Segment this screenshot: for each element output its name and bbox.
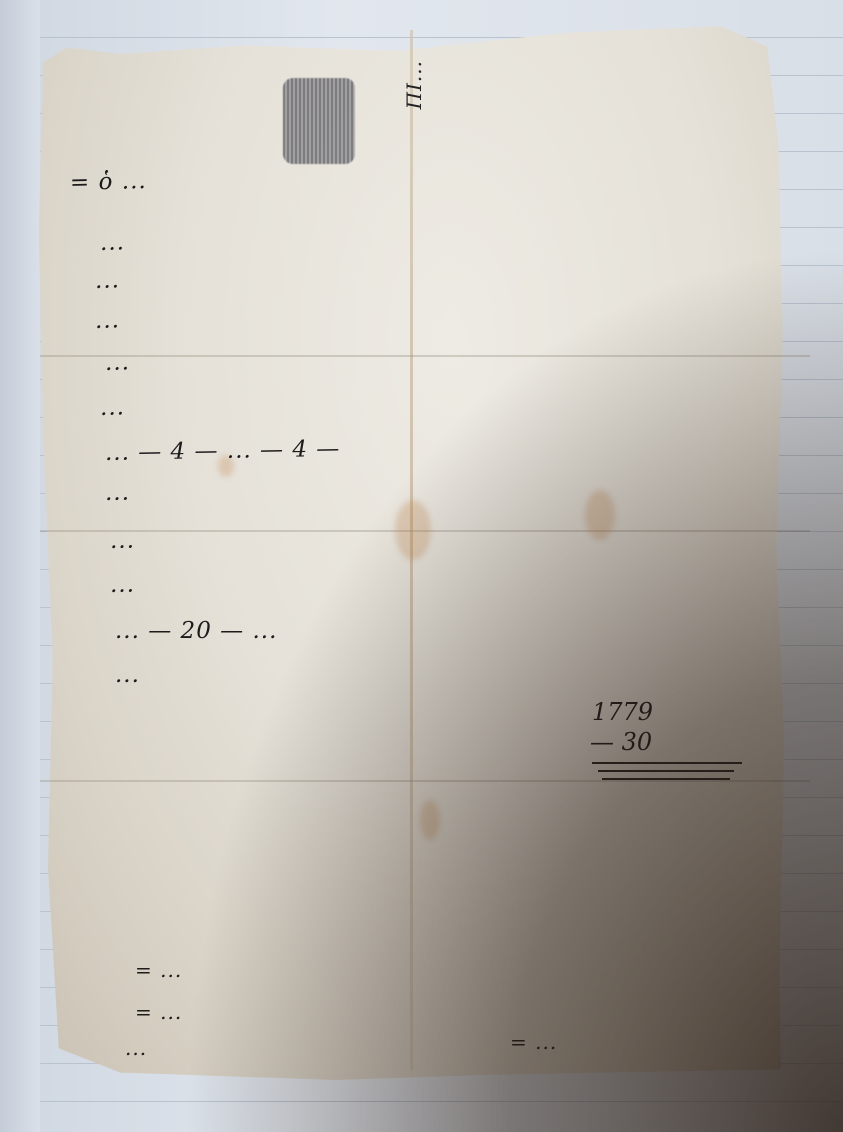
text-line: ... (95, 307, 121, 334)
underline-rule (598, 770, 734, 772)
notebook-binding (0, 0, 40, 1132)
horizontal-fold-crease (40, 355, 810, 357)
text-line: ... — 20 — ... (115, 618, 277, 644)
text-line: ... (115, 662, 140, 688)
text-line: ... — 4 — ... — 4 — (105, 436, 341, 466)
footer-line: = ... (135, 1000, 182, 1024)
text-line: = ὁ ... (70, 168, 147, 196)
text-line: ... (110, 572, 135, 598)
underline-rule (592, 762, 742, 764)
stain (395, 500, 431, 560)
stain (585, 490, 615, 540)
date-day: — 30 (590, 728, 652, 756)
text-line: ... (105, 480, 130, 506)
text-line: ... (100, 394, 126, 421)
text-line: ... (105, 349, 131, 376)
text-line: ... (110, 528, 135, 554)
margin-note: ΠΙ... (402, 60, 426, 109)
text-line: ... (100, 229, 126, 256)
footer-line: = ... (510, 1030, 557, 1054)
footer-line: = ... (135, 958, 182, 982)
text-line: ... (95, 267, 121, 294)
footer-line: ... (125, 1036, 147, 1060)
date-year: 1779 (592, 698, 653, 726)
underline-rule (602, 778, 730, 780)
stain (420, 800, 440, 840)
ink-seal (283, 78, 355, 164)
horizontal-fold-crease (40, 780, 810, 782)
